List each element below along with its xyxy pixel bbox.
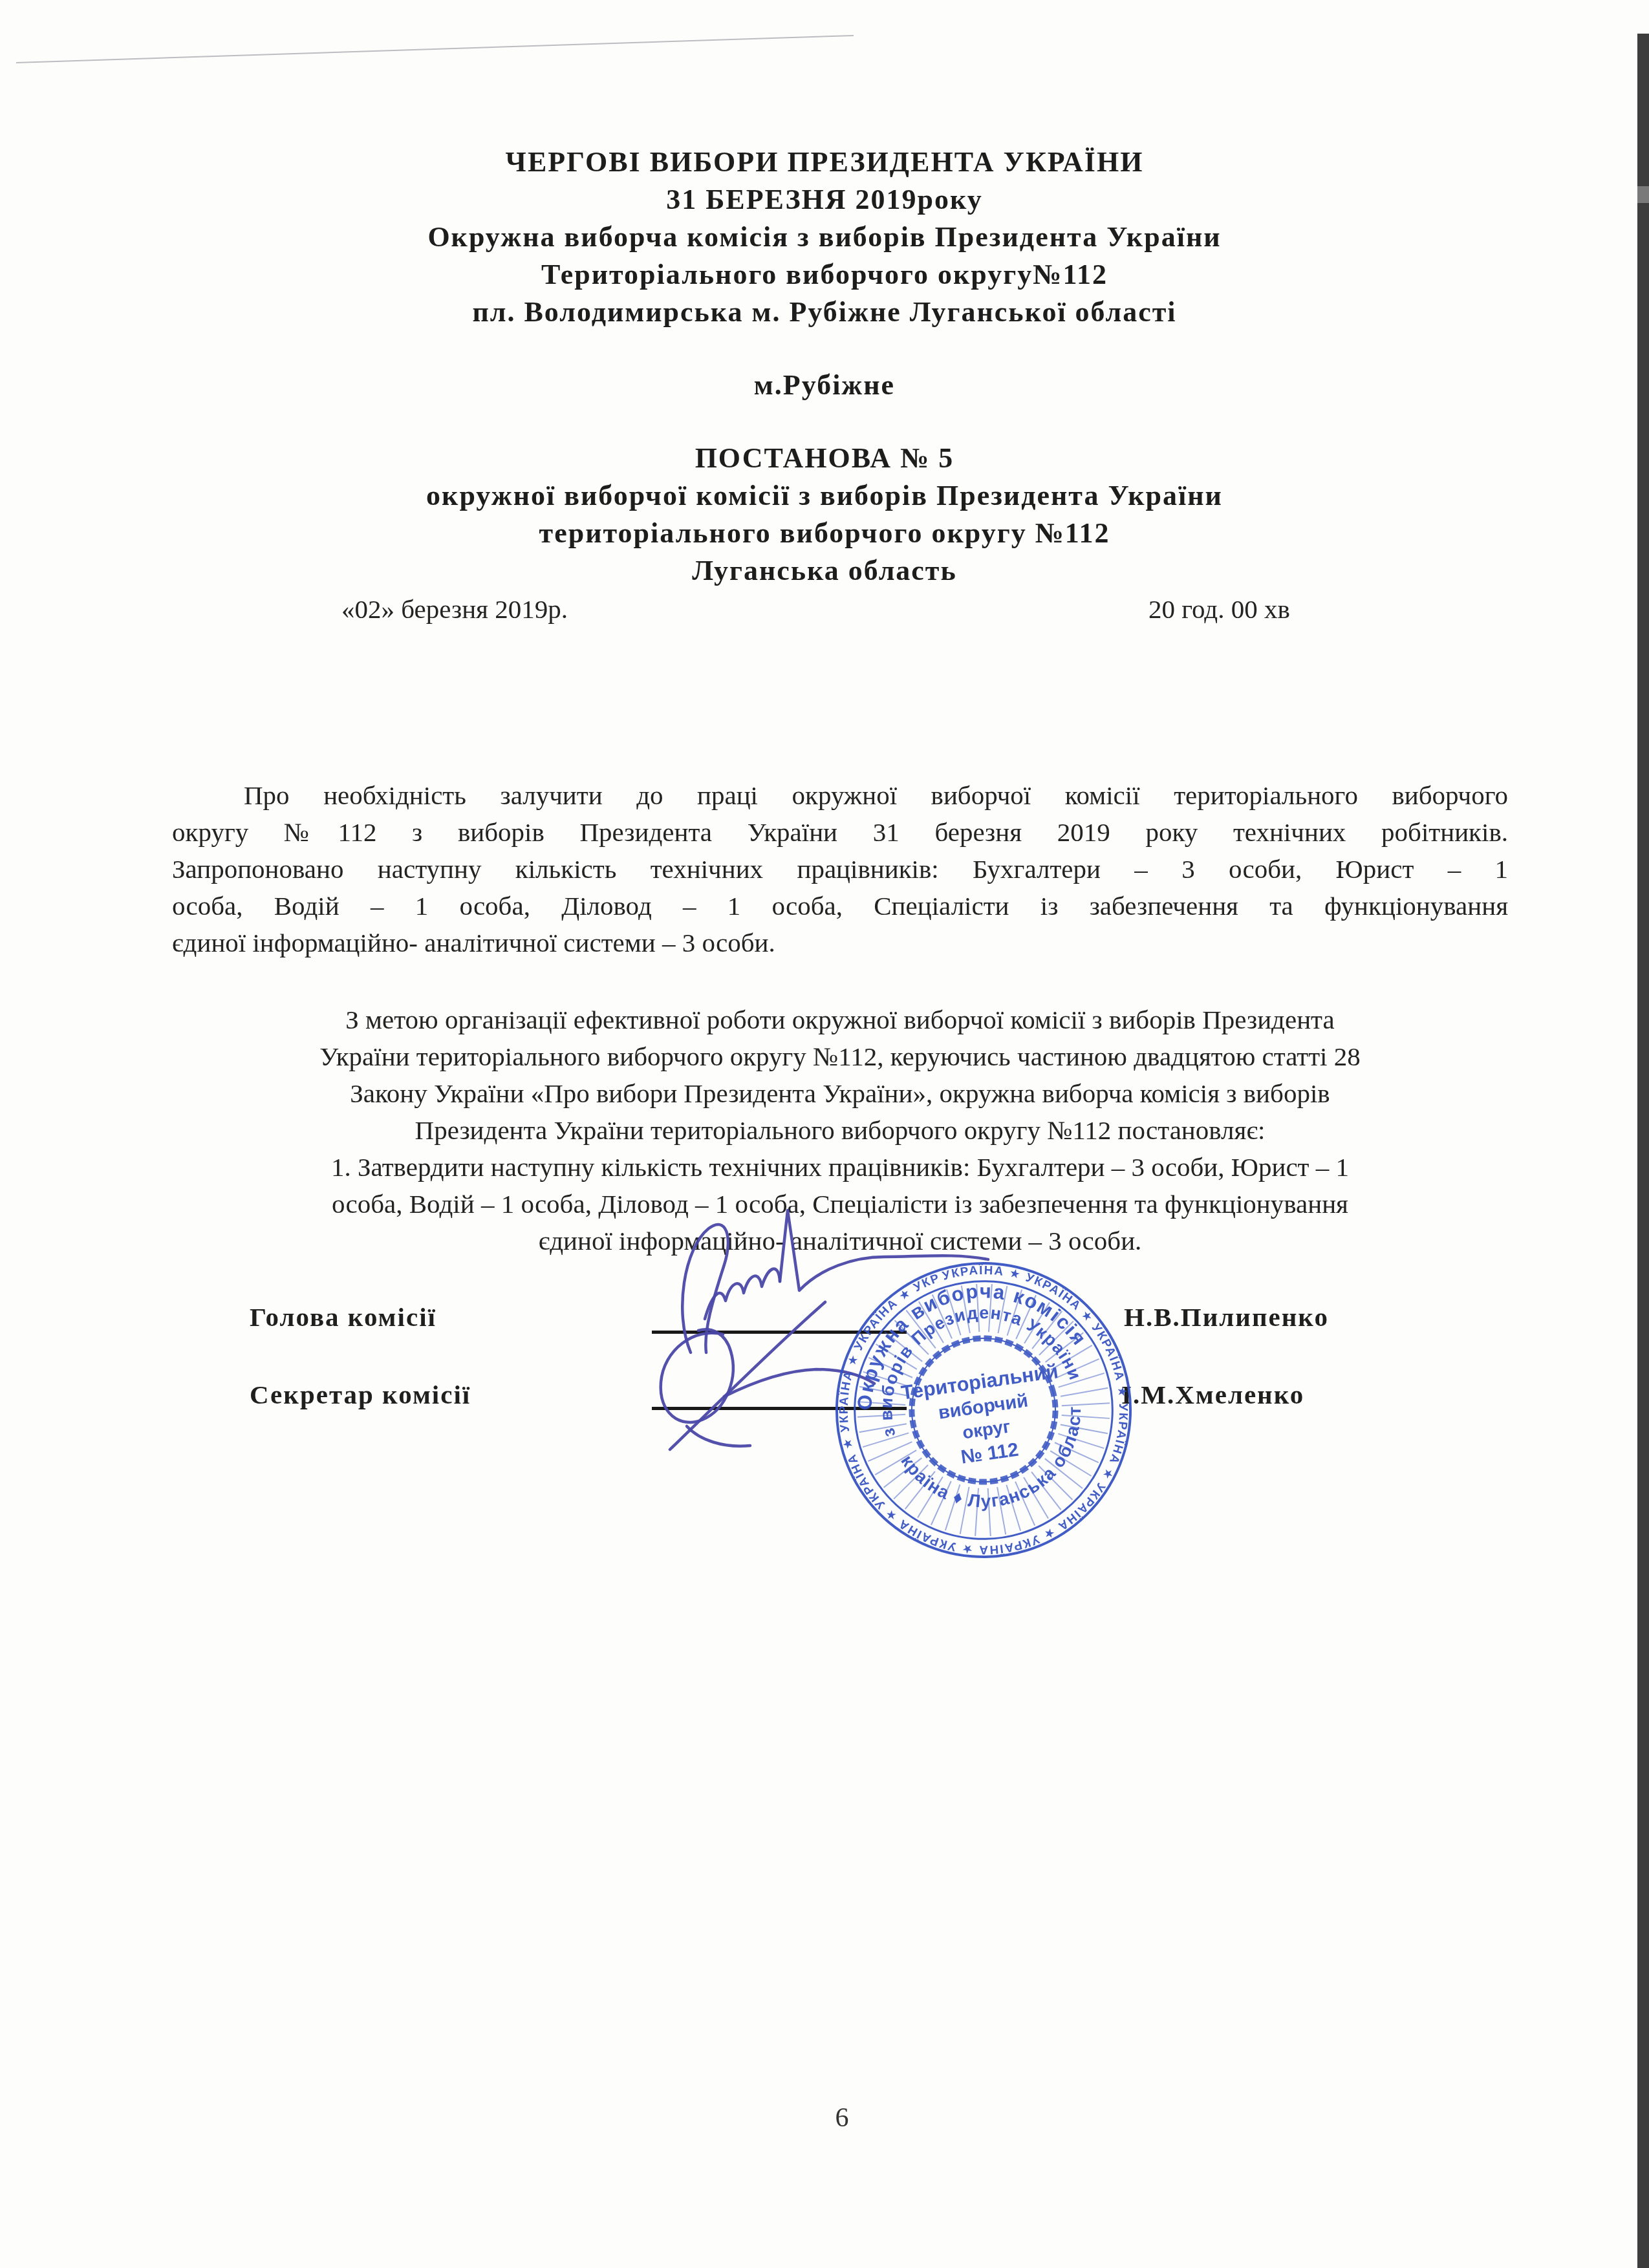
header-line-address: пл. Володимирська м. Рубіжне Луганської … bbox=[155, 294, 1494, 331]
signature-name-secretary: І.М.Хмеленко bbox=[1121, 1380, 1304, 1409]
header-city: м.Рубіжне bbox=[155, 369, 1494, 401]
page-number: 6 bbox=[823, 2102, 861, 2134]
resolution-date: «02» березня 2019р. bbox=[341, 594, 568, 625]
document-header: ЧЕРГОВІ ВИБОРИ ПРЕЗИДЕНТА УКРАЇНИ 31 БЕР… bbox=[155, 144, 1494, 331]
paragraph-line: З метою організації ефективної роботи ок… bbox=[172, 1001, 1508, 1038]
paragraph-line: єдиної інформаційно- аналітичної системи… bbox=[172, 925, 1508, 961]
header-line-commission: Окружна виборча комісія з виборів Презид… bbox=[155, 219, 1494, 256]
paragraph-line: Про необхідність залучити до праці окруж… bbox=[172, 777, 1508, 814]
scan-artifact-top-line bbox=[0, 0, 1649, 78]
scan-artifact-right-edge bbox=[1637, 34, 1649, 2268]
resolution-time: 20 год. 00 хв bbox=[1148, 594, 1290, 625]
paragraph-line: Закону України «Про вибори Президента Ук… bbox=[172, 1075, 1508, 1112]
paragraph-line: особа, Водій – 1 особа, Діловод – 1 особ… bbox=[172, 1186, 1508, 1223]
resolution-line-district: територіального виборчого округу №112 bbox=[155, 515, 1494, 552]
paragraph-line: єдиної інформаційно- аналітичної системи… bbox=[172, 1223, 1508, 1259]
scan-artifact-right-edge-notch bbox=[1637, 186, 1649, 203]
stamp-center-line4: № 112 bbox=[960, 1439, 1020, 1468]
scanned-document-page: ЧЕРГОВІ ВИБОРИ ПРЕЗИДЕНТА УКРАЇНИ 31 БЕР… bbox=[0, 0, 1649, 2268]
signature-name-head: Н.В.Пилипенко bbox=[1124, 1302, 1329, 1332]
paragraph-decision: З метою організації ефективної роботи ок… bbox=[172, 1001, 1508, 1259]
resolution-title: ПОСТАНОВА № 5 bbox=[155, 440, 1494, 477]
resolution-line-region: Луганська область bbox=[155, 552, 1494, 590]
official-round-stamp: УКРАЇНА ★ УКРАЇНА ★ УКРАЇНА ★ УКРАЇНА ★ … bbox=[832, 1257, 1136, 1563]
signature-label-head: Голова комісії bbox=[250, 1302, 436, 1332]
paragraph-line: Президента України територіального вибор… bbox=[172, 1112, 1508, 1149]
header-line-election-date: 31 БЕРЕЗНЯ 2019року bbox=[155, 181, 1494, 219]
paragraph-line: України територіального виборчого округу… bbox=[172, 1038, 1508, 1075]
paragraph-line: Запропоновано наступну кількість технічн… bbox=[172, 851, 1508, 888]
header-line-district: Територіального виборчого округу№112 bbox=[155, 256, 1494, 294]
stamp-center-line3: округ bbox=[961, 1416, 1011, 1442]
paragraph-line: 1. Затвердити наступну кількість технічн… bbox=[172, 1149, 1508, 1186]
paragraph-necessity: Про необхідність залучити до праці окруж… bbox=[172, 777, 1508, 961]
resolution-heading: ПОСТАНОВА № 5 окружної виборчої комісії … bbox=[155, 440, 1494, 590]
signature-label-secretary: Секретар комісії bbox=[250, 1380, 471, 1409]
stamp-center-text: Територіальний виборчий округ № 112 bbox=[900, 1360, 1069, 1475]
resolution-line-commission: окружної виборчої комісії з виборів През… bbox=[155, 477, 1494, 515]
header-line-election-title: ЧЕРГОВІ ВИБОРИ ПРЕЗИДЕНТА УКРАЇНИ bbox=[155, 144, 1494, 181]
paragraph-line: округу №112 з виборів Президента України… bbox=[172, 814, 1508, 851]
paragraph-line: особа, Водій – 1 особа, Діловод – 1 особ… bbox=[172, 888, 1508, 925]
